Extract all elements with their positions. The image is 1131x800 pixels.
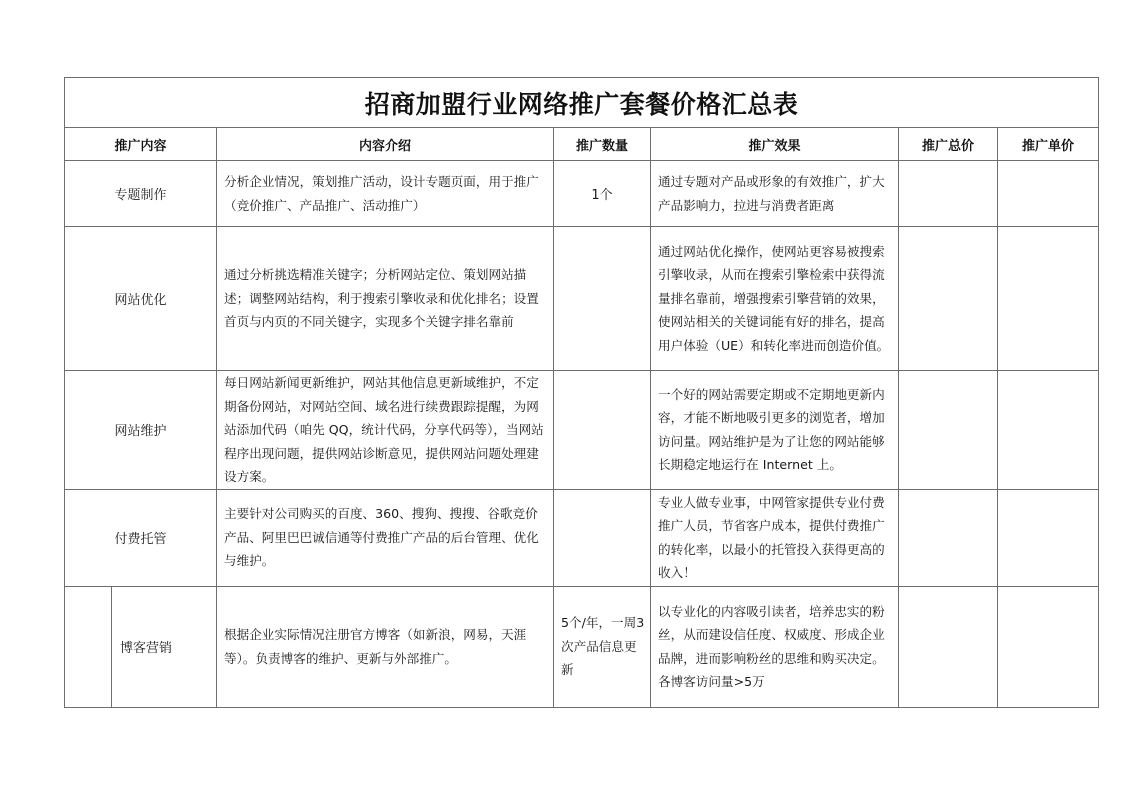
content-cell: 专题制作 [65,161,217,227]
table-row: 专题制作 分析企业情况，策划推广活动，设计专题页面，用于推广（竞价推广、产品推广… [65,161,1099,227]
effect-cell: 通过网站优化操作，使网站更容易被搜索引擎收录，从而在搜索引擎检索中获得流量排名靠… [651,227,899,371]
content-cell: 网站维护 [65,371,217,490]
quantity-cell [554,489,651,586]
group-cell [65,586,112,707]
column-header-total-price: 推广总价 [899,128,998,161]
quantity-cell: 1个 [554,161,651,227]
total-price-cell [899,586,998,707]
column-header-unit-price: 推广单价 [998,128,1099,161]
quantity-cell [554,227,651,371]
table-row: 博客营销 根据企业实际情况注册官方博客（如新浪，网易，天涯等）。负责博客的维护、… [65,586,1099,707]
unit-price-cell [998,161,1099,227]
intro-cell: 通过分析挑选精准关键字；分析网站定位、策划网站描述；调整网站结构，利于搜索引擎收… [217,227,554,371]
title-row: 招商加盟行业网络推广套餐价格汇总表 [65,78,1099,128]
total-price-cell [899,371,998,490]
effect-cell: 专业人做专业事，中网管家提供专业付费推广人员，节省客户成本，提供付费推广的转化率… [651,489,899,586]
quantity-cell: 5个/年，一周3次产品信息更新 [554,586,651,707]
effect-cell: 通过专题对产品或形象的有效推广，扩大产品影响力，拉进与消费者距离 [651,161,899,227]
intro-cell: 每日网站新闻更新维护，网站其他信息更新域维护，不定期备份网站，对网站空间、域名进… [217,371,554,490]
header-row: 推广内容 内容介绍 推广数量 推广效果 推广总价 推广单价 [65,128,1099,161]
price-summary-table: 招商加盟行业网络推广套餐价格汇总表 推广内容 内容介绍 推广数量 推广效果 推广… [64,77,1099,708]
unit-price-cell [998,371,1099,490]
content-cell: 博客营销 [112,586,217,707]
content-cell: 网站优化 [65,227,217,371]
table-row: 付费托管 主要针对公司购买的百度、360、搜狗、搜搜、谷歌竞价产品、阿里巴巴诚信… [65,489,1099,586]
intro-cell: 分析企业情况，策划推广活动，设计专题页面，用于推广（竞价推广、产品推广、活动推广… [217,161,554,227]
column-header-effect: 推广效果 [651,128,899,161]
unit-price-cell [998,227,1099,371]
effect-cell: 以专业化的内容吸引读者，培养忠实的粉丝，从而建设信任度、权威度、形成企业品牌，进… [651,586,899,707]
unit-price-cell [998,489,1099,586]
quantity-cell [554,371,651,490]
intro-cell: 根据企业实际情况注册官方博客（如新浪，网易，天涯等）。负责博客的维护、更新与外部… [217,586,554,707]
content-cell: 付费托管 [65,489,217,586]
effect-cell: 一个好的网站需要定期或不定期地更新内容，才能不断地吸引更多的浏览者，增加访问量。… [651,371,899,490]
intro-cell: 主要针对公司购买的百度、360、搜狗、搜搜、谷歌竞价产品、阿里巴巴诚信通等付费推… [217,489,554,586]
table-row: 网站优化 通过分析挑选精准关键字；分析网站定位、策划网站描述；调整网站结构，利于… [65,227,1099,371]
column-header-intro: 内容介绍 [217,128,554,161]
document-title: 招商加盟行业网络推广套餐价格汇总表 [65,78,1099,128]
column-header-content: 推广内容 [65,128,217,161]
total-price-cell [899,489,998,586]
total-price-cell [899,227,998,371]
table-row: 网站维护 每日网站新闻更新维护，网站其他信息更新域维护，不定期备份网站，对网站空… [65,371,1099,490]
document-page: 招商加盟行业网络推广套餐价格汇总表 推广内容 内容介绍 推广数量 推广效果 推广… [0,0,1131,800]
column-header-quantity: 推广数量 [554,128,651,161]
total-price-cell [899,161,998,227]
unit-price-cell [998,586,1099,707]
